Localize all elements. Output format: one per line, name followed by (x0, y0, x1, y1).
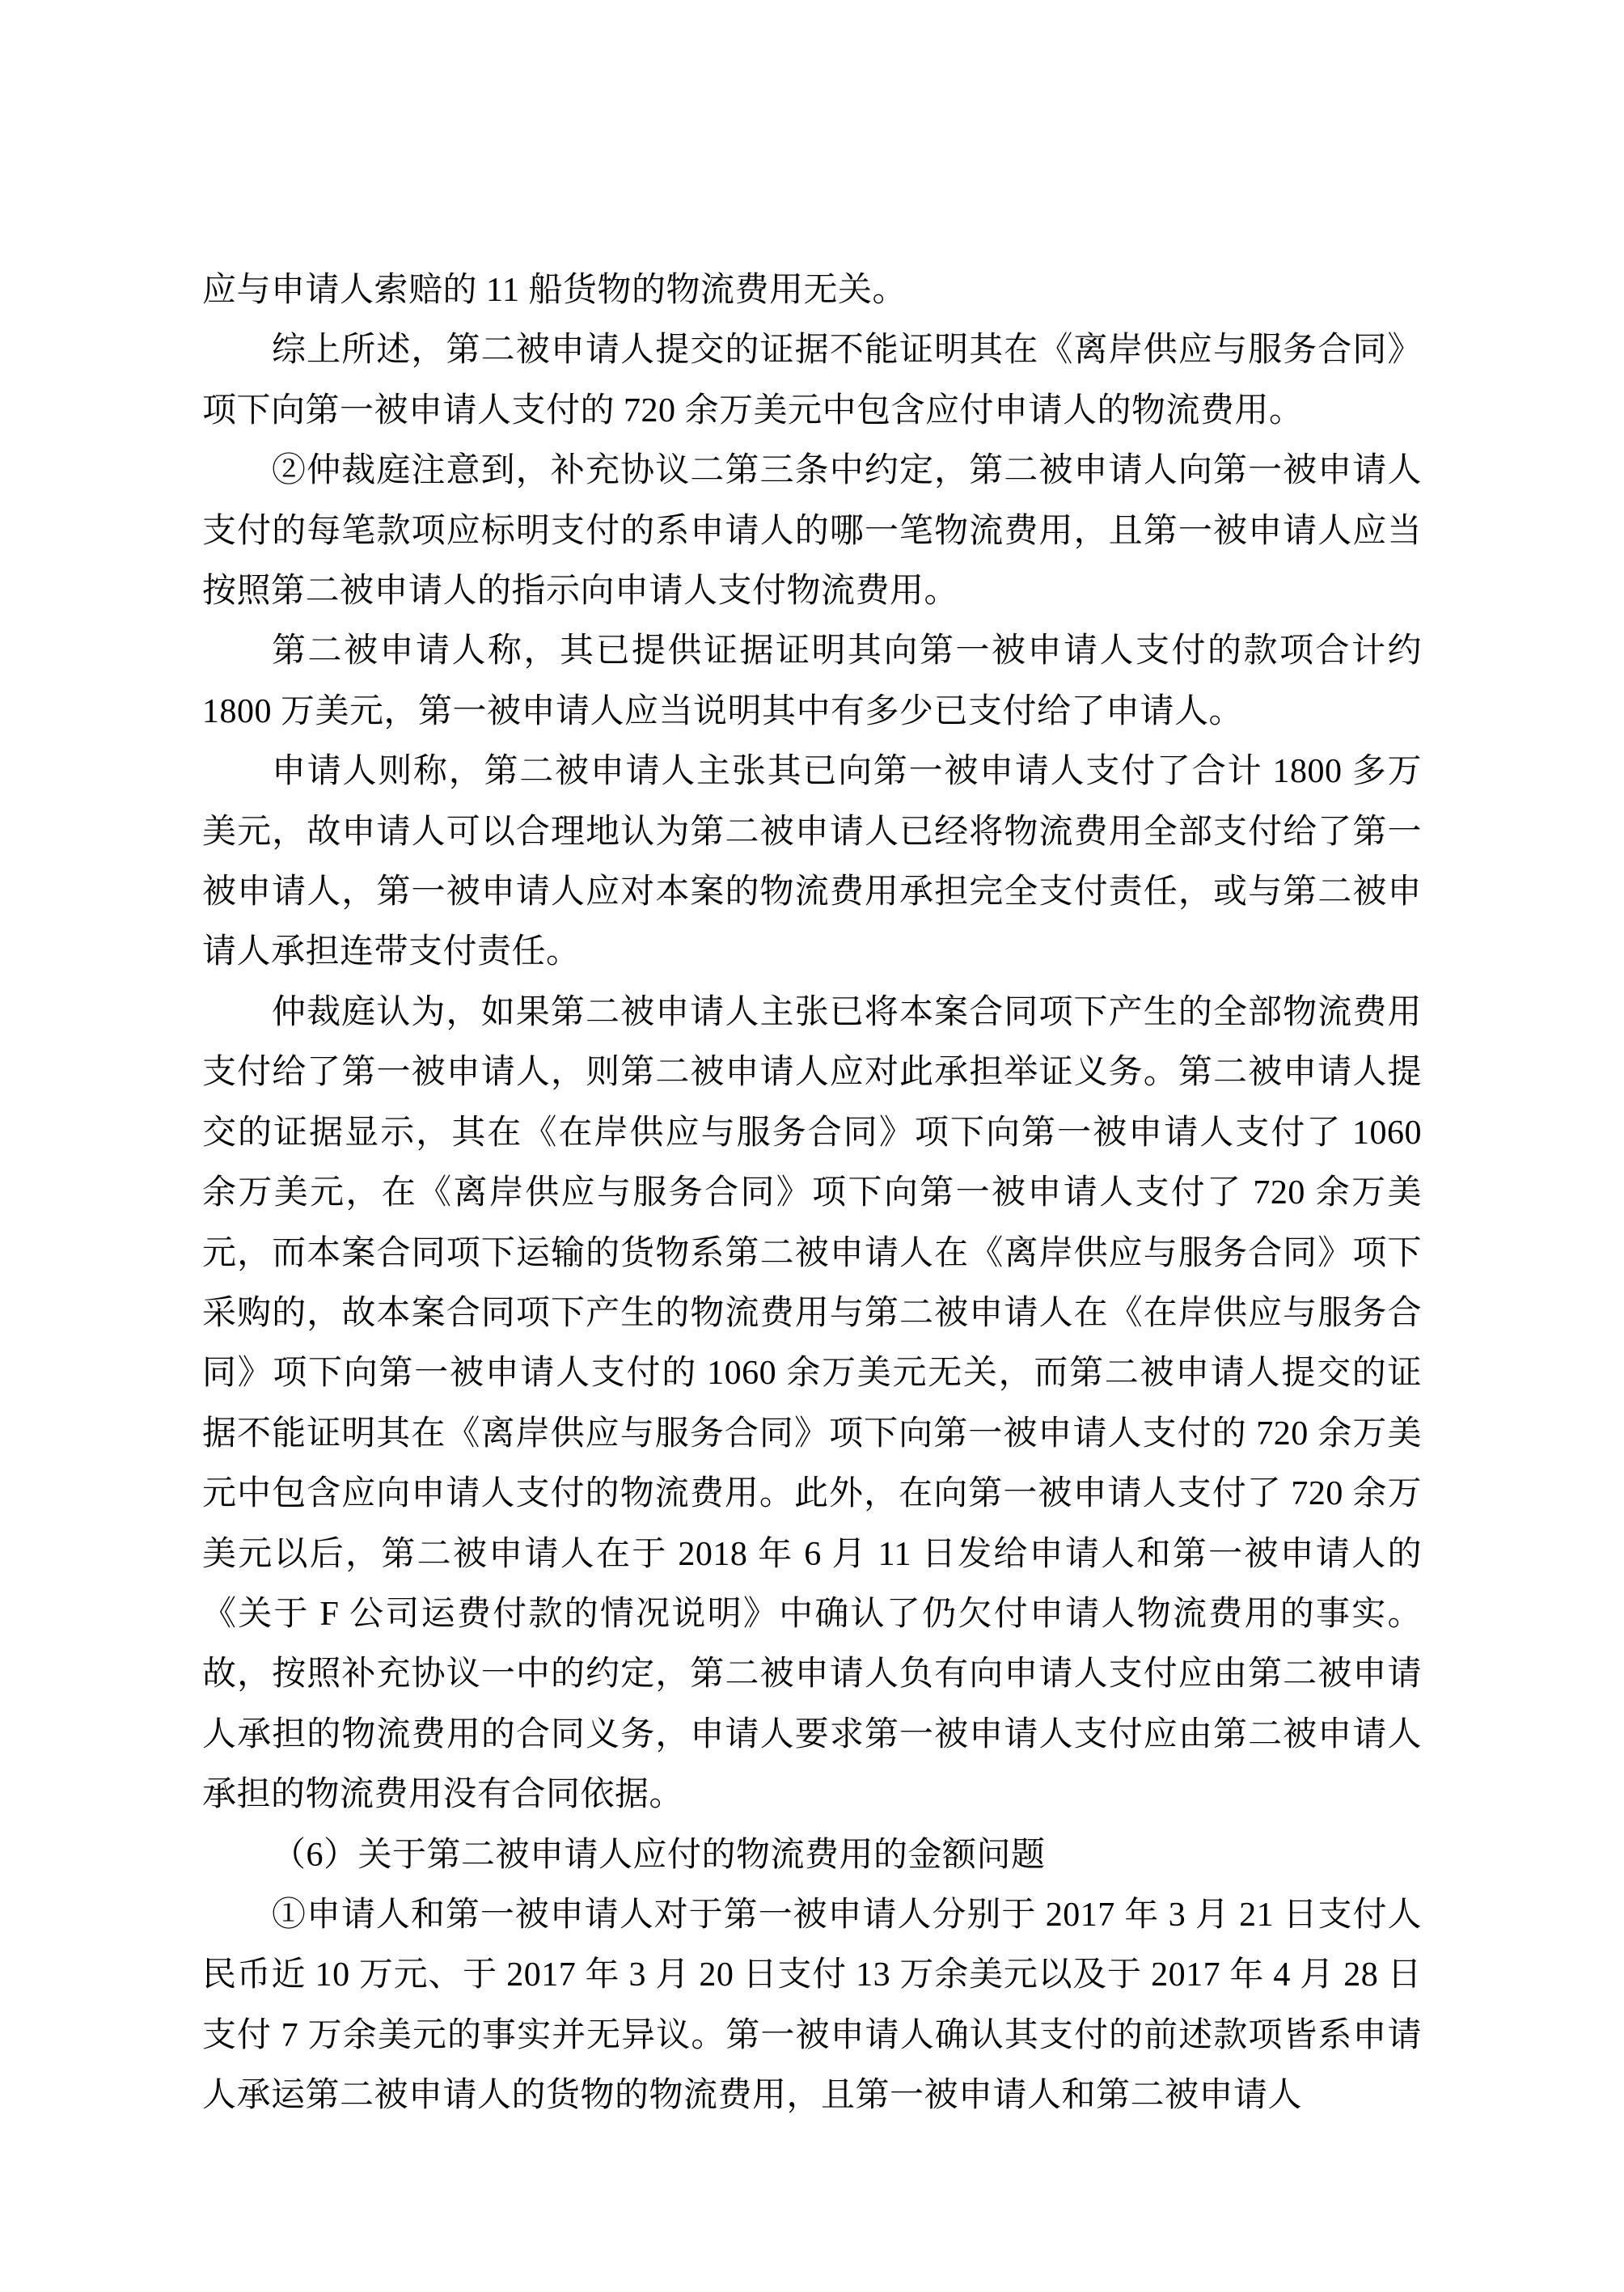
document-page: 应与申请人索赔的 11 船货物的物流费用无关。 综上所述，第二被申请人提交的证据… (0, 0, 1624, 2292)
paragraph: 申请人则称，第二被申请人主张其已向第一被申请人支付了合计 1800 多万美元，故… (202, 742, 1422, 983)
paragraph: 第二被申请人称，其已提供证据证明其向第一被申请人支付的款项合计约 1800 万美… (202, 621, 1422, 742)
paragraph: 仲裁庭认为，如果第二被申请人主张已将本案合同项下产生的全部物流费用支付给了第一被… (202, 983, 1422, 1825)
paragraph: 应与申请人索赔的 11 船货物的物流费用无关。 (202, 260, 1422, 320)
document-text-block: 应与申请人索赔的 11 船货物的物流费用无关。 综上所述，第二被申请人提交的证据… (202, 260, 1422, 2126)
paragraph: ①申请人和第一被申请人对于第一被申请人分别于 2017 年 3 月 21 日支付… (202, 1885, 1422, 2126)
paragraph: （6）关于第二被申请人应付的物流费用的金额问题 (202, 1825, 1422, 1885)
paragraph: 综上所述，第二被申请人提交的证据不能证明其在《离岸供应与服务合同》项下向第一被申… (202, 320, 1422, 441)
paragraph: ②仲裁庭注意到，补充协议二第三条中约定，第二被申请人向第一被申请人支付的每笔款项… (202, 441, 1422, 621)
